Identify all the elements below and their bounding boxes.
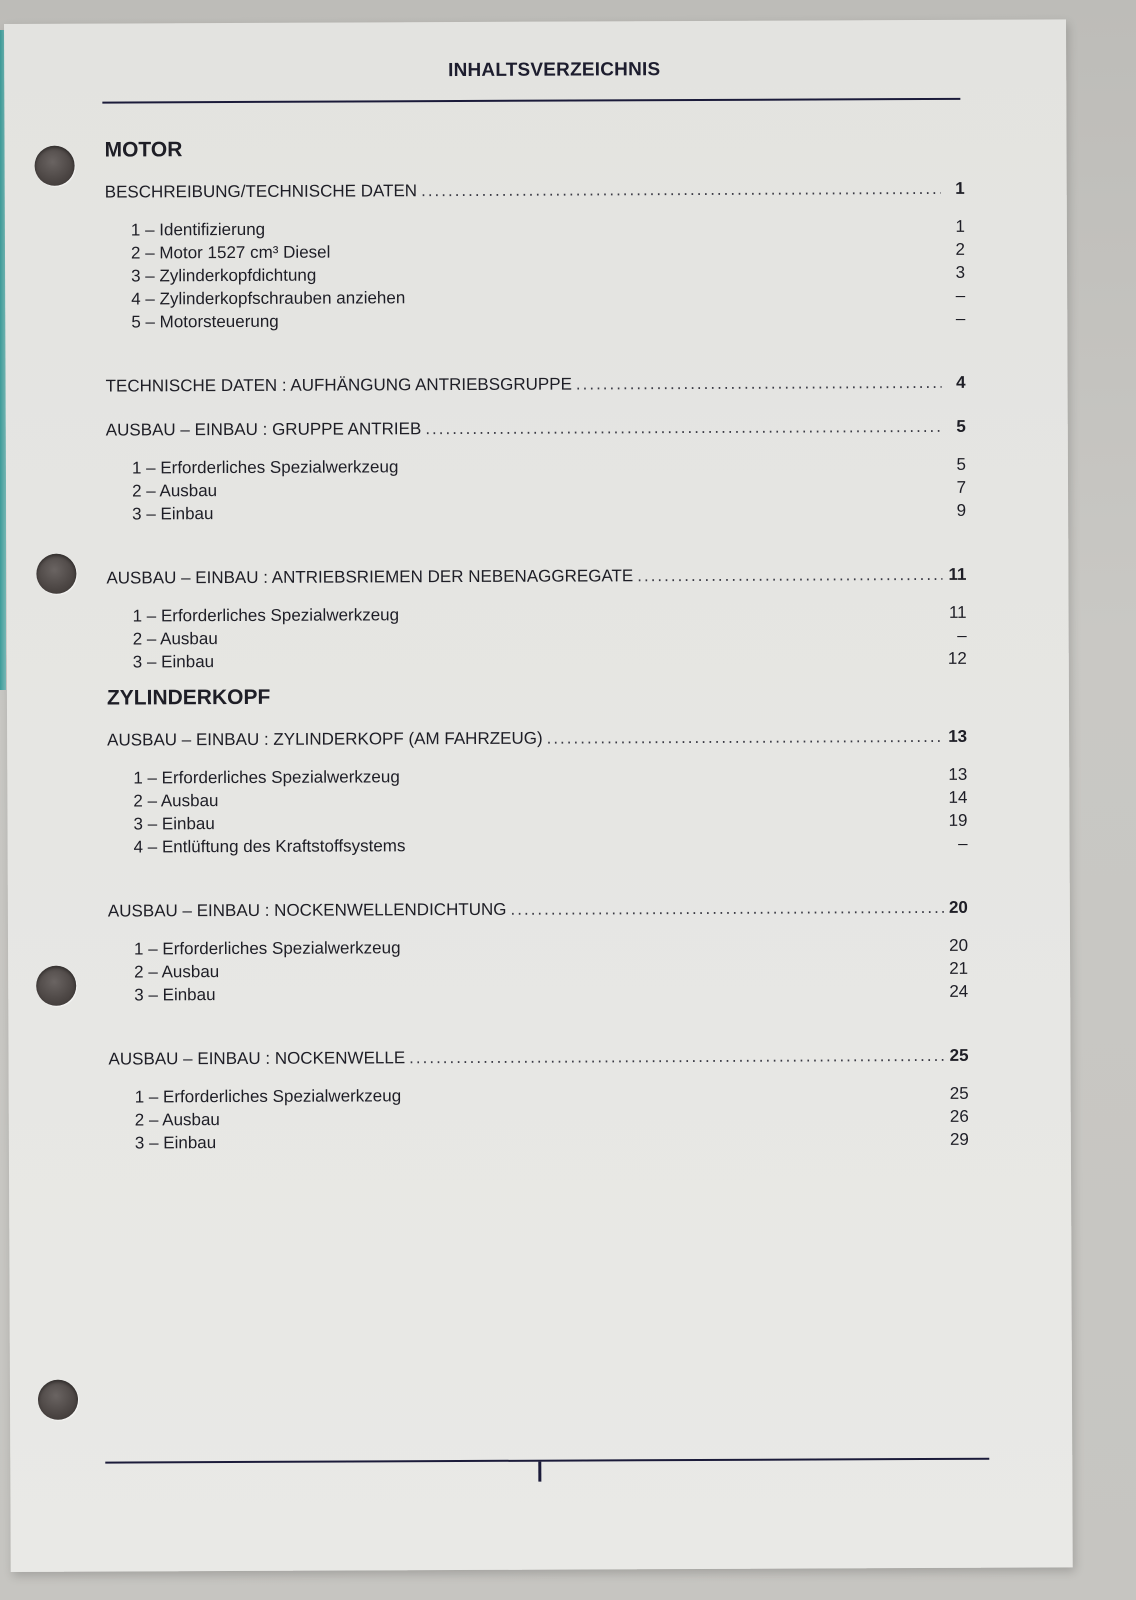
toc-subitem-label: 1 – Erforderliches Spezialwerkzeug: [133, 767, 400, 788]
toc-entry[interactable]: AUSBAU – EINBAU : NOCKENWELLENDICHTUNG..…: [108, 898, 968, 922]
toc-subitem[interactable]: 1 – Identifizierung1: [131, 217, 965, 241]
toc-subitem-page: 2: [945, 240, 965, 260]
toc-subitem[interactable]: 3 – Einbau29: [135, 1130, 969, 1154]
toc-subitem-page: 24: [948, 982, 968, 1002]
toc-subitem-page: 20: [948, 936, 968, 956]
toc-entry-page: 1: [945, 179, 965, 199]
toc-subitem-label: 3 – Einbau: [133, 814, 214, 834]
document-page: INHALTSVERZEICHNIS MOTORBESCHREIBUNG/TEC…: [4, 19, 1073, 1572]
toc-subitem-page: –: [945, 309, 965, 329]
toc-subitem-label: 4 – Entlüftung des Kraftstoffsystems: [134, 836, 406, 857]
punch-hole: [36, 966, 76, 1006]
toc-subitem-page: 19: [947, 811, 967, 831]
toc-subitem-page: 3: [945, 263, 965, 283]
toc-entry-page: 13: [947, 727, 967, 747]
toc-subitem-label: 3 – Einbau: [134, 985, 215, 1005]
toc-entry-label: AUSBAU – EINBAU : ANTRIEBSRIEMEN DER NEB…: [106, 566, 633, 588]
toc-subitem[interactable]: 1 – Erforderliches Spezialwerkzeug5: [132, 455, 966, 479]
toc-subitem[interactable]: 3 – Einbau9: [132, 501, 966, 525]
toc-subitem-page: 12: [947, 649, 967, 669]
toc-subitem-label: 2 – Ausbau: [135, 1110, 220, 1130]
toc-subitem-page: 29: [949, 1130, 969, 1150]
punch-hole: [36, 554, 76, 594]
toc-entry-page: 25: [948, 1046, 968, 1066]
toc-subitem-label: 2 – Ausbau: [134, 962, 219, 982]
toc-entry[interactable]: TECHNISCHE DATEN : AUFHÄNGUNG ANTRIEBSGR…: [106, 373, 966, 397]
toc-subitem-label: 3 – Einbau: [133, 652, 214, 672]
toc-subitem[interactable]: 1 – Erforderliches Spezialwerkzeug20: [134, 936, 968, 960]
leader-dots: ........................................…: [510, 898, 943, 920]
toc-subitem[interactable]: 1 – Erforderliches Spezialwerkzeug13: [133, 765, 967, 789]
toc-entry-page: 4: [946, 373, 966, 393]
section-title: MOTOR: [105, 138, 183, 162]
toc-entry-page: 20: [948, 898, 968, 918]
page-title: INHALTSVERZEICHNIS: [4, 57, 1104, 84]
section-title: ZYLINDERKOPF: [107, 686, 270, 711]
toc-subitem[interactable]: 2 – Ausbau–: [133, 626, 967, 650]
leader-dots: ........................................…: [425, 417, 942, 439]
toc-subitem[interactable]: 1 – Erforderliches Spezialwerkzeug11: [133, 603, 967, 627]
toc-subitem-page: 11: [947, 603, 967, 623]
toc-subitem-page: 21: [948, 959, 968, 979]
toc-subitem-label: 1 – Erforderliches Spezialwerkzeug: [133, 605, 400, 626]
toc-subitem-label: 2 – Ausbau: [133, 629, 218, 649]
leader-dots: ........................................…: [576, 373, 942, 395]
toc-subitem-label: 2 – Ausbau: [133, 791, 218, 811]
toc-subitem[interactable]: 2 – Motor 1527 cm³ Diesel2: [131, 240, 965, 264]
header-rule: [102, 98, 960, 104]
toc-subitem[interactable]: 4 – Entlüftung des Kraftstoffsystems–: [134, 834, 968, 858]
toc-subitem[interactable]: 2 – Ausbau7: [132, 478, 966, 502]
punch-hole: [35, 146, 75, 186]
toc-subitem-page: 5: [946, 455, 966, 475]
toc-subitem-label: 4 – Zylinderkopfschrauben anziehen: [131, 288, 405, 309]
table-of-contents: MOTORBESCHREIBUNG/TECHNISCHE DATEN......…: [104, 20, 984, 24]
toc-subitem[interactable]: 2 – Ausbau21: [134, 959, 968, 983]
punch-hole: [38, 1380, 78, 1420]
toc-subitem[interactable]: 2 – Ausbau14: [133, 788, 967, 812]
toc-subitem[interactable]: 5 – Motorsteuerung–: [131, 309, 965, 333]
toc-subitem-label: 1 – Erforderliches Spezialwerkzeug: [132, 457, 399, 478]
toc-subitem-label: 2 – Ausbau: [132, 481, 217, 501]
leader-dots: ........................................…: [637, 565, 942, 586]
leader-dots: ........................................…: [421, 179, 941, 201]
toc-subitem-page: –: [948, 834, 968, 854]
toc-subitem[interactable]: 4 – Zylinderkopfschrauben anziehen–: [131, 286, 965, 310]
toc-entry-label: AUSBAU – EINBAU : NOCKENWELLENDICHTUNG: [108, 900, 507, 922]
toc-subitem-label: 3 – Zylinderkopfdichtung: [131, 266, 316, 287]
footer-rule: [105, 1458, 989, 1464]
footer-page-marker: [538, 1462, 541, 1482]
toc-subitem-page: 7: [946, 478, 966, 498]
toc-entry[interactable]: AUSBAU – EINBAU : NOCKENWELLE...........…: [108, 1046, 968, 1070]
toc-subitem-page: 9: [946, 501, 966, 521]
toc-subitem-label: 5 – Motorsteuerung: [131, 312, 279, 333]
toc-subitem[interactable]: 3 – Zylinderkopfdichtung3: [131, 263, 965, 287]
toc-subitem[interactable]: 1 – Erforderliches Spezialwerkzeug25: [135, 1084, 969, 1108]
toc-subitem-page: –: [945, 286, 965, 306]
toc-subitem[interactable]: 3 – Einbau19: [133, 811, 967, 835]
toc-subitem-page: 14: [947, 788, 967, 808]
toc-entry-label: TECHNISCHE DATEN : AUFHÄNGUNG ANTRIEBSGR…: [106, 375, 572, 397]
toc-entry-label: AUSBAU – EINBAU : ZYLINDERKOPF (AM FAHRZ…: [107, 729, 543, 751]
toc-entry-page: 5: [946, 417, 966, 437]
toc-subitem[interactable]: 2 – Ausbau26: [135, 1107, 969, 1131]
toc-entry[interactable]: AUSBAU – EINBAU : ZYLINDERKOPF (AM FAHRZ…: [107, 727, 967, 751]
toc-entry[interactable]: AUSBAU – EINBAU : GRUPPE ANTRIEB........…: [106, 417, 966, 441]
toc-subitem-label: 1 – Erforderliches Spezialwerkzeug: [134, 938, 401, 959]
toc-entry-label: BESCHREIBUNG/TECHNISCHE DATEN: [105, 181, 417, 202]
toc-subitem[interactable]: 3 – Einbau24: [134, 982, 968, 1006]
toc-entry[interactable]: BESCHREIBUNG/TECHNISCHE DATEN...........…: [105, 179, 965, 203]
leader-dots: ........................................…: [547, 727, 944, 749]
toc-subitem-page: 13: [947, 765, 967, 785]
toc-subitem-label: 3 – Einbau: [135, 1133, 216, 1153]
toc-subitem-label: 1 – Erforderliches Spezialwerkzeug: [135, 1086, 402, 1107]
toc-subitem[interactable]: 3 – Einbau12: [133, 649, 967, 673]
leader-dots: ........................................…: [409, 1046, 944, 1068]
toc-subitem-label: 1 – Identifizierung: [131, 220, 265, 241]
toc-subitem-page: 1: [945, 217, 965, 237]
toc-entry-page: 11: [946, 565, 966, 585]
toc-subitem-page: –: [947, 626, 967, 646]
toc-entry[interactable]: AUSBAU – EINBAU : ANTRIEBSRIEMEN DER NEB…: [106, 565, 966, 589]
toc-entry-label: AUSBAU – EINBAU : NOCKENWELLE: [108, 1048, 405, 1069]
toc-entry-label: AUSBAU – EINBAU : GRUPPE ANTRIEB: [106, 419, 422, 440]
toc-subitem-label: 2 – Motor 1527 cm³ Diesel: [131, 243, 330, 264]
toc-subitem-label: 3 – Einbau: [132, 504, 213, 524]
toc-subitem-page: 26: [949, 1107, 969, 1127]
toc-subitem-page: 25: [949, 1084, 969, 1104]
